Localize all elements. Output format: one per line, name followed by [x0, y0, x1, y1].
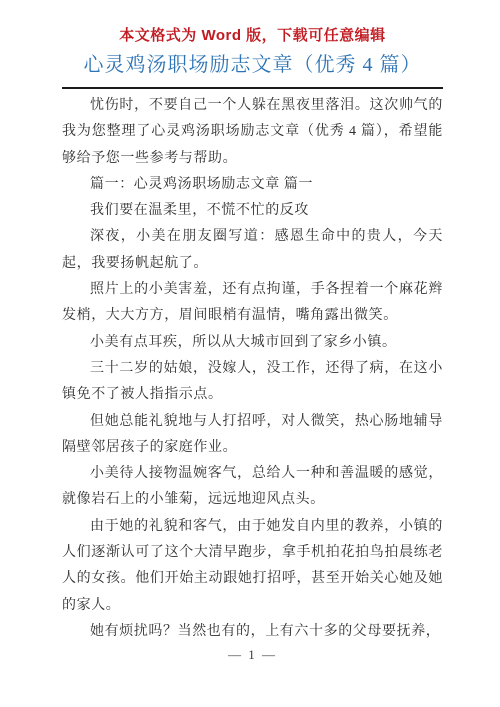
- paragraph: 深夜，小美在朋友圈写道：感恩生命中的贵人，今天起，我要扬帆起航了。: [62, 224, 443, 277]
- word-format-notice: 本文格式为 Word 版，下载可任意编辑: [62, 26, 443, 45]
- paragraph: 照片上的小美害羞，还有点拘谨，手各捏着一个麻花辫发梢，大大方方，眉间眼梢有温情，…: [62, 277, 443, 330]
- document-page: 本文格式为 Word 版，下载可任意编辑 心灵鸡汤职场励志文章（优秀 4 篇） …: [0, 0, 500, 707]
- paragraph: 小美待人接物温婉客气，总给人一种和善温暖的感觉，就像岩石上的小雏菊，远远地迎风点…: [62, 461, 443, 514]
- document-body: 忧伤时，不要自己一个人躲在黑夜里落泪。这次帅气的我为您整理了心灵鸡汤职场励志文章…: [62, 93, 443, 645]
- paragraph: 但她总能礼貌地与人打招呼，对人微笑，热心肠地辅导隔壁邻居孩子的家庭作业。: [62, 409, 443, 462]
- paragraph: 我们要在温柔里，不慌不忙的反攻: [62, 198, 443, 224]
- paragraph: 由于她的礼貌和客气，由于她发自内里的教养，小镇的人们逐渐认可了这个大清早跑步，拿…: [62, 514, 443, 619]
- page-number: — 1 —: [62, 647, 443, 663]
- paragraph: 三十二岁的姑娘，没嫁人，没工作，还得了病，在这小镇免不了被人指指示点。: [62, 356, 443, 409]
- paragraph: 篇一：心灵鸡汤职场励志文章 篇一: [62, 172, 443, 198]
- paragraph: 小美有点耳疾，所以从大城市回到了家乡小镇。: [62, 330, 443, 356]
- title-divider-rule: [62, 87, 443, 89]
- paragraph: 她有烦扰吗？当然也有的，上有六十多的父母要抚养，: [62, 619, 443, 645]
- paragraph: 忧伤时，不要自己一个人躲在黑夜里落泪。这次帅气的我为您整理了心灵鸡汤职场励志文章…: [62, 93, 443, 172]
- document-title: 心灵鸡汤职场励志文章（优秀 4 篇）: [62, 51, 443, 80]
